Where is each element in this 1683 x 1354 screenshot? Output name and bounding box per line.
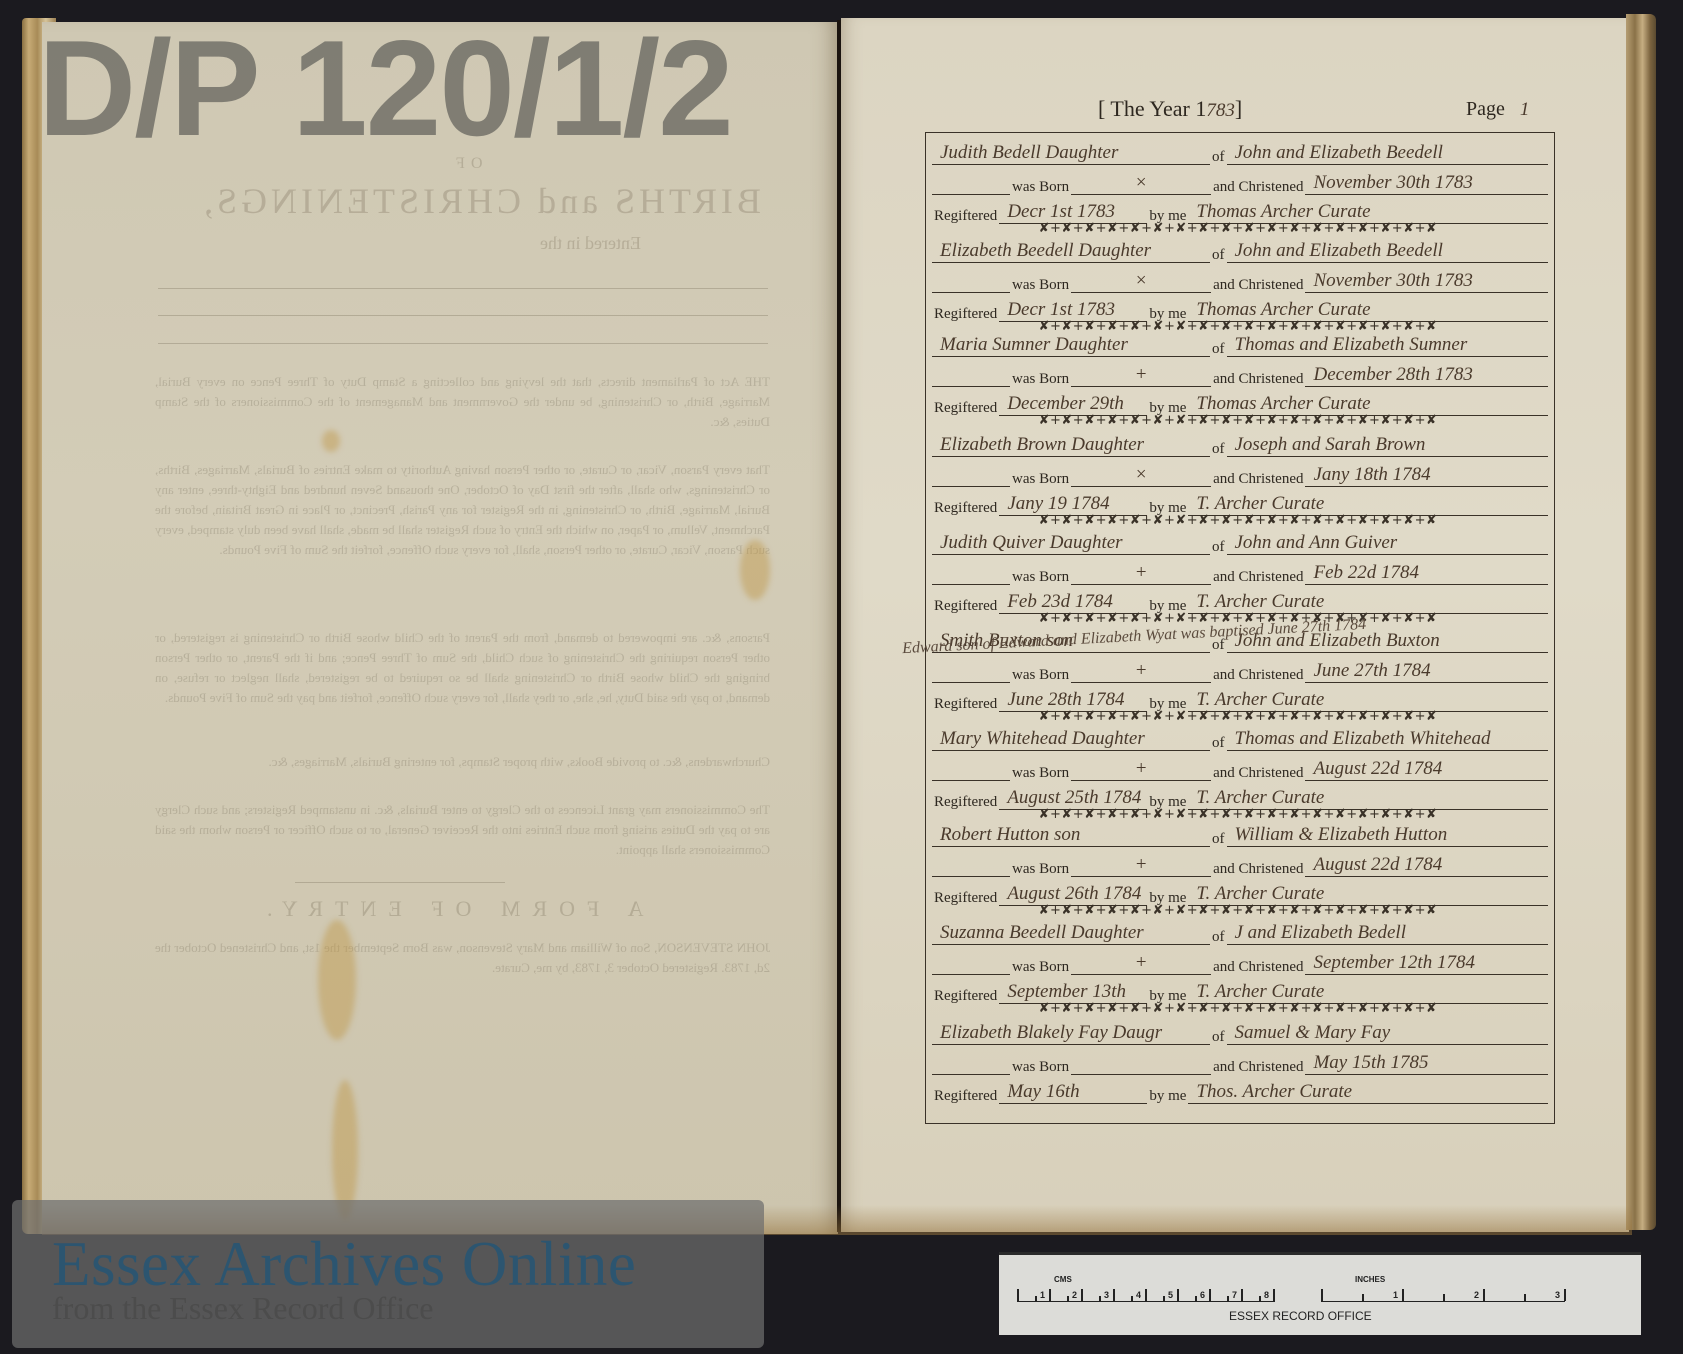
- of-label: of: [1210, 441, 1227, 457]
- brand-subtitle: from the Essex Record Office: [52, 1290, 434, 1327]
- inch-minor-tick: [1443, 1294, 1445, 1301]
- foxing-stain: [740, 540, 770, 600]
- was-born-label: was Born: [1010, 1059, 1071, 1075]
- registered-label: Regiftered: [932, 696, 999, 712]
- cm-label: CMS: [1054, 1275, 1072, 1284]
- parents-names: Thomas and Elizabeth Whitehead: [1227, 728, 1549, 751]
- cm-minor-tick: [1163, 1296, 1165, 1301]
- registered-label: Regiftered: [932, 208, 999, 224]
- page-number: Page 1: [1466, 98, 1529, 121]
- ghost-paragraph: THE Act of Parliament directs, that the …: [155, 372, 770, 432]
- inch-minor-tick: [1524, 1294, 1526, 1301]
- inch-tick: [1564, 1289, 1566, 1301]
- child-name: Elizabeth Beedell Daughter: [932, 240, 1210, 263]
- christened-date: November 30th 1783: [1305, 270, 1548, 293]
- cm-minor-tick: [1131, 1296, 1133, 1301]
- entry-separator: ✘+✘+✘+✘+✘+✘+✘+✘+✘+✘+✘+✘+✘+✘+✘+✘+✘+✘: [998, 709, 1478, 724]
- entry-separator: ✘+✘+✘+✘+✘+✘+✘+✘+✘+✘+✘+✘+✘+✘+✘+✘+✘+✘: [998, 221, 1478, 236]
- born-date: ×: [1071, 464, 1211, 487]
- entry-separator: ✘+✘+✘+✘+✘+✘+✘+✘+✘+✘+✘+✘+✘+✘+✘+✘+✘+✘: [998, 903, 1478, 918]
- cm-tick: [1113, 1289, 1115, 1301]
- child-name: Judith Quiver Daughter: [932, 532, 1210, 555]
- inch-tick: [1402, 1289, 1404, 1301]
- ghost-rule: [158, 315, 768, 316]
- cm-tick-label: 5: [1168, 1290, 1173, 1300]
- born-date: ×: [1071, 172, 1211, 195]
- foxing-stain: [322, 430, 340, 452]
- registered-label: Regiftered: [932, 400, 999, 416]
- christened-label: and Christened: [1211, 371, 1305, 387]
- christened-date: May 15th 1785: [1305, 1052, 1548, 1075]
- cm-ruler: 1 2 3 4 5 6 7 8: [1017, 1289, 1275, 1302]
- parents-names: John and Elizabeth Beedell: [1227, 240, 1549, 263]
- child-name: Robert Hutton son: [932, 824, 1210, 847]
- of-label: of: [1210, 341, 1227, 357]
- born-date: +: [1071, 758, 1211, 781]
- cm-tick: [1081, 1289, 1083, 1301]
- ghost-heading-title: BIRTHS and CHRISTENINGS,: [200, 180, 761, 222]
- ghost-paragraph: Churchwardens, &c. to provide Books, wit…: [155, 752, 770, 772]
- registered-date: May 16th: [999, 1081, 1147, 1104]
- ghost-rule: [295, 882, 505, 883]
- inch-minor-tick: [1362, 1294, 1364, 1301]
- year-header-close: ]: [1235, 96, 1242, 121]
- scale-bar: CMS INCHES ESSEX RECORD OFFICE 1 2 3 4 5…: [999, 1252, 1641, 1335]
- christened-date: November 30th 1783: [1305, 172, 1548, 195]
- ghost-form-example: JOHN STEVENSON, Son of William and Mary …: [155, 938, 770, 978]
- child-name: Mary Whitehead Daughter: [932, 728, 1210, 751]
- parents-names: J and Elizabeth Bedell: [1227, 922, 1549, 945]
- child-name: Elizabeth Blakely Fay Daugr: [932, 1022, 1210, 1045]
- entry-separator: ✘+✘+✘+✘+✘+✘+✘+✘+✘+✘+✘+✘+✘+✘+✘+✘+✘+✘: [998, 1001, 1478, 1016]
- cm-tick-label: 6: [1200, 1290, 1205, 1300]
- ghost-heading-entered: Entered in the: [540, 233, 641, 254]
- cm-minor-tick: [1035, 1296, 1037, 1301]
- inch-tick: [1483, 1289, 1485, 1301]
- christened-date: Feb 22d 1784: [1305, 562, 1548, 585]
- inch-ruler: 1 2 3: [1321, 1289, 1565, 1302]
- parents-names: William & Elizabeth Hutton: [1227, 824, 1549, 847]
- cm-tick: [1273, 1289, 1275, 1301]
- of-label: of: [1210, 735, 1227, 751]
- was-born-label: was Born: [1010, 179, 1071, 195]
- registered-label: Regiftered: [932, 306, 999, 322]
- was-born-label: was Born: [1010, 861, 1071, 877]
- of-label: of: [1210, 1029, 1227, 1045]
- cm-minor-tick: [1195, 1296, 1197, 1301]
- born-date: +: [1071, 660, 1211, 683]
- parents-names: John and Elizabeth Beedell: [1227, 142, 1549, 165]
- was-born-label: was Born: [1010, 959, 1071, 975]
- cm-tick-label: 3: [1104, 1290, 1109, 1300]
- christened-label: and Christened: [1211, 277, 1305, 293]
- year-header: [ The Year 1783]: [1098, 96, 1242, 122]
- cm-minor-tick: [1227, 1296, 1229, 1301]
- entry-separator: ✘+✘+✘+✘+✘+✘+✘+✘+✘+✘+✘+✘+✘+✘+✘+✘+✘+✘: [998, 513, 1478, 528]
- inch-tick-label: 1: [1393, 1290, 1398, 1300]
- christened-label: and Christened: [1211, 765, 1305, 781]
- child-name: Judith Bedell Daughter: [932, 142, 1210, 165]
- christened-label: and Christened: [1211, 471, 1305, 487]
- was-born-label: was Born: [1010, 471, 1071, 487]
- was-born-label: was Born: [1010, 569, 1071, 585]
- christened-date: September 12th 1784: [1305, 952, 1548, 975]
- cm-tick: [1209, 1289, 1211, 1301]
- of-label: of: [1210, 149, 1227, 165]
- parents-names: Samuel & Mary Fay: [1227, 1022, 1549, 1045]
- parents-names: John and Ann Guiver: [1227, 532, 1549, 555]
- cm-tick: [1049, 1289, 1051, 1301]
- born-date: [1071, 1052, 1211, 1075]
- christened-label: and Christened: [1211, 179, 1305, 195]
- cm-tick-label: 1: [1040, 1290, 1045, 1300]
- of-label: of: [1210, 929, 1227, 945]
- foxing-stain: [332, 1080, 358, 1220]
- registrar: Thos. Archer Curate: [1188, 1081, 1548, 1104]
- christened-date: August 22d 1784: [1305, 854, 1548, 877]
- christened-label: and Christened: [1211, 667, 1305, 683]
- of-label: of: [1210, 831, 1227, 847]
- of-label: of: [1210, 539, 1227, 555]
- child-name: Maria Sumner Daughter: [932, 334, 1210, 357]
- book-right-page-edges: [1626, 14, 1656, 1230]
- registered-label: Regiftered: [932, 598, 999, 614]
- cm-tick-label: 2: [1072, 1290, 1077, 1300]
- of-label: of: [1210, 247, 1227, 263]
- registered-label: Regiftered: [932, 890, 999, 906]
- year-header-label: [ The Year 1: [1098, 96, 1206, 121]
- cm-tick-label: 4: [1136, 1290, 1141, 1300]
- child-name: Elizabeth Brown Daughter: [932, 434, 1210, 457]
- christened-date: December 28th 1783: [1305, 364, 1548, 387]
- christened-date: August 22d 1784: [1305, 758, 1548, 781]
- was-born-label: was Born: [1010, 667, 1071, 683]
- born-date: ×: [1071, 270, 1211, 293]
- cm-minor-tick: [1259, 1296, 1261, 1301]
- cm-tick-label: 7: [1232, 1290, 1237, 1300]
- parents-names: Joseph and Sarah Brown: [1227, 434, 1549, 457]
- parents-names: Thomas and Elizabeth Sumner: [1227, 334, 1549, 357]
- child-name: Suzanna Beedell Daughter: [932, 922, 1210, 945]
- by-me-label: by me: [1147, 1088, 1188, 1104]
- inch-label: INCHES: [1355, 1275, 1385, 1284]
- ghost-form-heading: A FORM OF ENTRY.: [255, 896, 643, 922]
- cm-tick: [1145, 1289, 1147, 1301]
- foxing-stain: [318, 920, 356, 1040]
- ghost-rule: [158, 288, 768, 289]
- cm-tick-label: 8: [1264, 1290, 1269, 1300]
- registered-label: Regiftered: [932, 988, 999, 1004]
- scale-caption: ESSEX RECORD OFFICE: [1229, 1309, 1372, 1323]
- born-date: +: [1071, 854, 1211, 877]
- was-born-label: was Born: [1010, 371, 1071, 387]
- born-date: +: [1071, 952, 1211, 975]
- christened-label: and Christened: [1211, 861, 1305, 877]
- registered-label: Regiftered: [932, 1088, 999, 1104]
- born-date: +: [1071, 364, 1211, 387]
- cm-tick: [1241, 1289, 1243, 1301]
- document-reference: D/P 120/1/2: [38, 28, 732, 148]
- ghost-rule: [158, 343, 768, 344]
- christened-label: and Christened: [1211, 569, 1305, 585]
- was-born-label: was Born: [1010, 765, 1071, 781]
- inch-tick-label: 2: [1474, 1290, 1479, 1300]
- ghost-paragraph: That every Parson, Vicar, or Curate, or …: [155, 460, 770, 560]
- registered-label: Regiftered: [932, 794, 999, 810]
- registered-label: Regiftered: [932, 500, 999, 516]
- entry-separator: ✘+✘+✘+✘+✘+✘+✘+✘+✘+✘+✘+✘+✘+✘+✘+✘+✘+✘: [998, 413, 1478, 428]
- ghost-paragraph: The Commissioners may grant Licences to …: [155, 800, 770, 860]
- christened-date: June 27th 1784: [1305, 660, 1548, 683]
- page-number-value: 1: [1520, 99, 1530, 120]
- cm-tick: [1177, 1289, 1179, 1301]
- christened-label: and Christened: [1211, 959, 1305, 975]
- was-born-label: was Born: [1010, 277, 1071, 293]
- cm-minor-tick: [1067, 1296, 1069, 1301]
- inch-tick-label: 3: [1555, 1290, 1560, 1300]
- ghost-paragraph: Parsons, &c. are impowered to demand, fr…: [155, 628, 770, 708]
- year-header-handwritten: 783: [1206, 100, 1235, 121]
- cm-minor-tick: [1099, 1296, 1101, 1301]
- born-date: +: [1071, 562, 1211, 585]
- christened-date: Jany 18th 1784: [1305, 464, 1548, 487]
- page-label: Page: [1466, 98, 1505, 120]
- christened-label: and Christened: [1211, 1059, 1305, 1075]
